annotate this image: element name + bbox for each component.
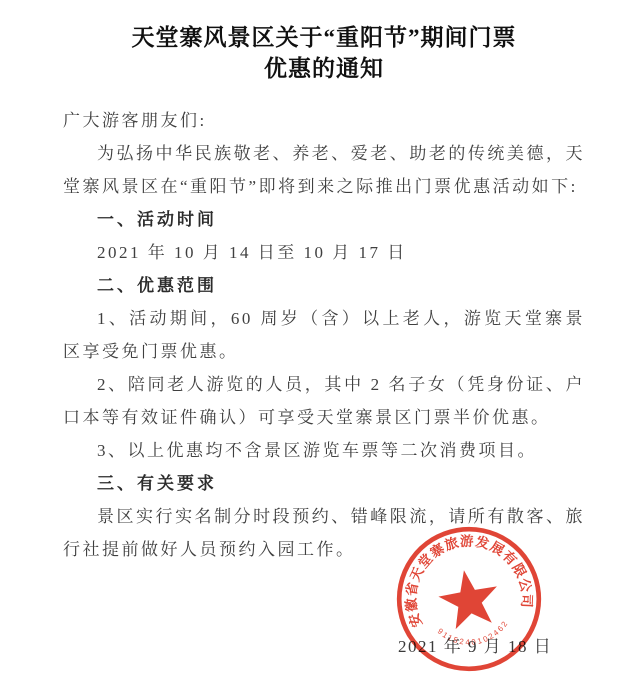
notice-document: 天堂寨风景区关于“重阳节”期间门票 优惠的通知 广大游客朋友们: 为弘扬中华民族… xyxy=(0,0,643,682)
section-3-heading: 三、有关要求 xyxy=(63,467,585,500)
section-2-heading: 二、优惠范围 xyxy=(63,269,585,302)
section-1-heading: 一、活动时间 xyxy=(63,203,585,236)
star-icon xyxy=(435,565,503,631)
title-line-2: 优惠的通知 xyxy=(63,53,585,84)
discount-item-1: 1、活动期间，60 周岁（含）以上老人，游览天堂寨景区享受免门票优惠。 xyxy=(63,302,585,368)
title-line-1: 天堂寨风景区关于“重阳节”期间门票 xyxy=(63,22,585,53)
event-dates: 2021 年 10 月 14 日至 10 月 17 日 xyxy=(63,236,585,269)
document-body: 天堂寨风景区关于“重阳节”期间门票 优惠的通知 广大游客朋友们: 为弘扬中华民族… xyxy=(0,0,643,566)
discount-item-3: 3、以上优惠均不含景区游览车票等二次消费项目。 xyxy=(63,434,585,467)
intro-paragraph: 为弘扬中华民族敬老、养老、爱老、助老的传统美德，天堂寨风景区在“重阳节”即将到来… xyxy=(63,137,585,203)
seal-code-arc: 9115240102462 xyxy=(435,615,514,653)
official-seal: 安徽省天堂寨旅游发展有限公司 9115240102462 xyxy=(382,512,556,682)
seal-code-text: 9115240102462 xyxy=(435,615,514,653)
salutation: 广大游客朋友们: xyxy=(63,104,585,137)
discount-item-2: 2、陪同老人游览的人员，其中 2 名子女（凭身份证、户口本等有效证件确认）可享受… xyxy=(63,368,585,434)
page-title: 天堂寨风景区关于“重阳节”期间门票 优惠的通知 xyxy=(63,22,585,84)
